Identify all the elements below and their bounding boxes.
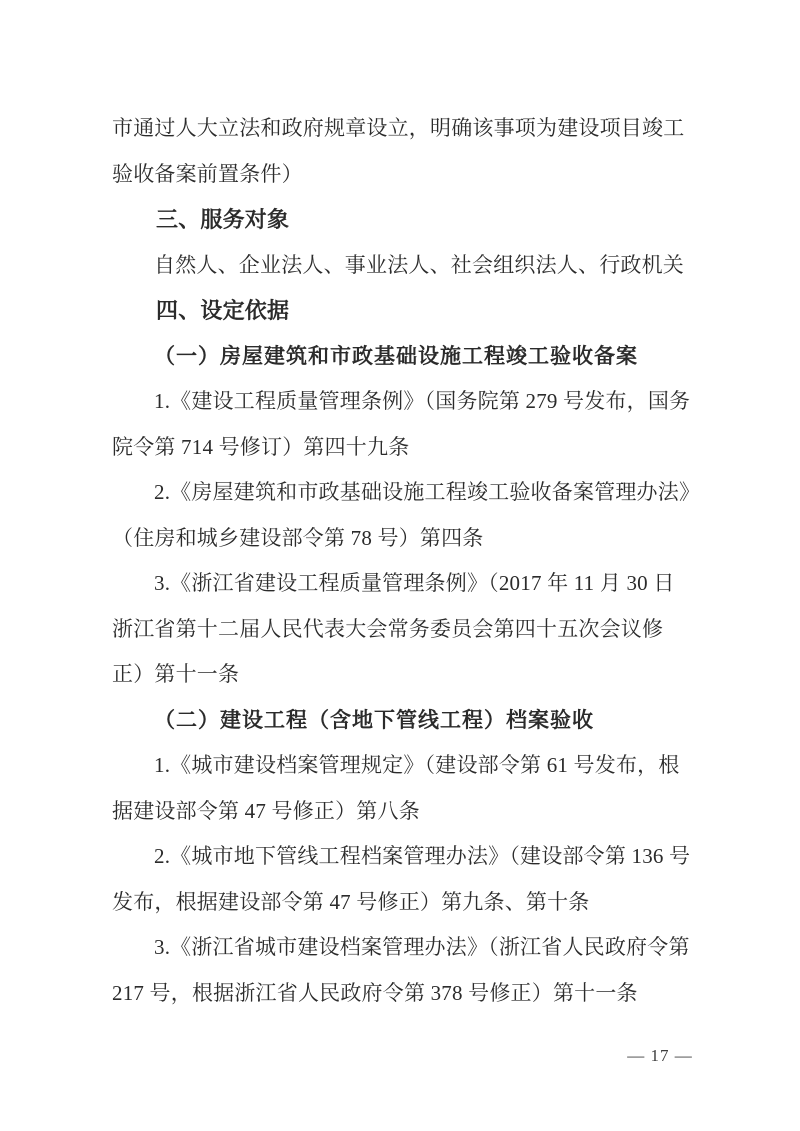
paragraph-citation: 3.《浙江省建设工程质量管理条例》（2017 年 11 月 30 日 浙江省第十… — [112, 561, 712, 698]
paragraph-citation: 2.《城市地下管线工程档案管理办法》（建设部令第 136 号 发布，根据建设部令… — [112, 834, 712, 925]
document-page: 市通过人大立法和政府规章设立，明确该事项为建设项目竣工 验收备案前置条件） 三、… — [0, 0, 800, 1131]
paragraph-continuation: 市通过人大立法和政府规章设立，明确该事项为建设项目竣工 验收备案前置条件） — [112, 106, 712, 197]
paragraph-service-targets: 自然人、企业法人、事业法人、社会组织法人、行政机关 — [112, 243, 712, 289]
paragraph-citation: 2.《房屋建筑和市政基础设施工程竣工验收备案管理办法》 （住房和城乡建设部令第 … — [112, 470, 712, 561]
subsection-heading-2-archive-acceptance: （二）建设工程（含地下管线工程）档案验收 — [112, 698, 712, 744]
subsection-heading-1-completion-acceptance-filing: （一）房屋建筑和市政基础设施工程竣工验收备案 — [112, 334, 712, 380]
document-content: 市通过人大立法和政府规章设立，明确该事项为建设项目竣工 验收备案前置条件） 三、… — [112, 106, 712, 1016]
paragraph-citation: 1.《建设工程质量管理条例》（国务院第 279 号发布，国务 院令第 714 号… — [112, 379, 712, 470]
section-heading-4-legal-basis: 四、设定依据 — [112, 288, 712, 334]
section-heading-3-service-target: 三、服务对象 — [112, 197, 712, 243]
paragraph-citation: 3.《浙江省城市建设档案管理办法》（浙江省人民政府令第 217 号，根据浙江省人… — [112, 925, 712, 1016]
paragraph-citation: 1.《城市建设档案管理规定》（建设部令第 61 号发布，根 据建设部令第 47 … — [112, 743, 712, 834]
page-number: — 17 — — [610, 1044, 710, 1068]
